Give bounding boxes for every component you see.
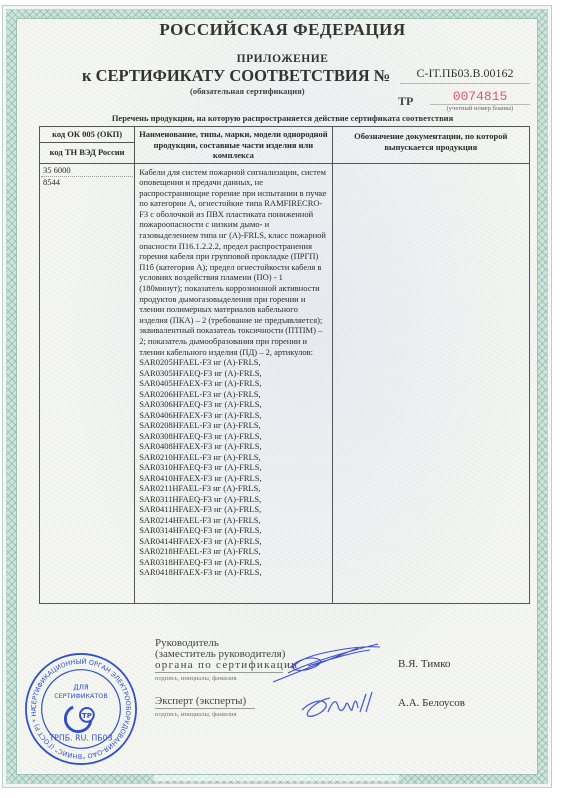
codes-cell: 35 6000 8544 bbox=[40, 163, 135, 603]
expert-signature bbox=[296, 688, 376, 726]
header-okp-code: код ОК 005 (ОКП) bbox=[40, 127, 135, 143]
certificate-heading: к СЕРТИФИКАТУ СООТВЕТСТВИЯ № bbox=[82, 66, 390, 86]
article-item: SAR0211HFAEL-F3 нг (А)-FRLS, bbox=[139, 483, 327, 494]
article-item: SAR0314HFAEQ-F3 нг (А)-FRLS, bbox=[139, 525, 327, 536]
product-table: код ОК 005 (ОКП) Наименование, типы, мар… bbox=[39, 126, 530, 604]
article-item: SAR0306HFAEQ-F3 нг (А)-FRLS, bbox=[139, 399, 327, 410]
certification-stamp: СЕРТИФИКАЦИОННЫЙ ОРГАН ЭЛЕКТРООБОРУДОВАН… bbox=[22, 650, 140, 768]
article-item: SAR0406HFAEX-F3 нг (А)-FRLS, bbox=[139, 410, 327, 421]
header-documentation: Обозначение документации, по которой вып… bbox=[332, 127, 529, 164]
article-item: SAR0210HFAEL-F3 нг (А)-FRLS, bbox=[139, 452, 327, 463]
table-row: 35 6000 8544 Кабели для систем пожарной … bbox=[40, 163, 530, 603]
article-list: SAR0205HFAEL-F3 нг (А)-FRLS,SAR0305HFAEQ… bbox=[139, 357, 327, 578]
article-item: SAR0305HFAEQ-F3 нг (А)-FRLS, bbox=[139, 368, 327, 379]
article-item: SAR0405HFAEX-F3 нг (А)-FRLS, bbox=[139, 378, 327, 389]
country-title: РОССИЙСКАЯ ФЕДЕРАЦИЯ bbox=[0, 20, 565, 40]
tnved-code-value: 8544 bbox=[41, 177, 133, 188]
header-tnved-code: код ТН ВЭД России bbox=[40, 143, 135, 163]
head-caption: подпись, инициалы, фамилия bbox=[155, 672, 283, 682]
head-name: В.Я. Тимко bbox=[398, 658, 451, 670]
article-item: SAR0218HFAEL-F3 нг (А)-FRLS, bbox=[139, 546, 327, 557]
expert-label: Эксперт (эксперты) bbox=[155, 696, 246, 707]
svg-text:СЕРТИФИКАТОВ: СЕРТИФИКАТОВ bbox=[54, 692, 107, 700]
microtext-strip bbox=[154, 775, 399, 781]
article-item: SAR0410HFAEX-F3 нг (А)-FRLS, bbox=[139, 473, 327, 484]
svg-text:ТРПБ. RU. ПБ03: ТРПБ. RU. ПБ03 bbox=[48, 733, 112, 742]
article-item: SAR0308HFAEQ-F3 нг (А)-FRLS, bbox=[139, 431, 327, 442]
blank-number: 0074815 bbox=[430, 89, 530, 105]
svg-text:ДЛЯ: ДЛЯ bbox=[73, 683, 89, 691]
expert-caption: подпись, инициалы, фамилия bbox=[155, 708, 255, 718]
article-item: SAR0411HFAEX-F3 нг (А)-FRLS, bbox=[139, 504, 327, 515]
article-item: SAR0418HFAEX-F3 нг (А)-FRLS, bbox=[139, 567, 327, 578]
expert-name: А.А. Белоусов bbox=[398, 697, 465, 709]
tp-label: ТР bbox=[398, 94, 413, 109]
product-list-caption: Перечень продукции, на которую распростр… bbox=[0, 113, 565, 123]
article-item: SAR0414HFAEX-F3 нг (А)-FRLS, bbox=[139, 536, 327, 547]
svg-text:ТР: ТР bbox=[82, 712, 92, 720]
article-item: SAR0206HFAEL-F3 нг (А)-FRLS, bbox=[139, 389, 327, 400]
article-item: SAR0311HFAEQ-F3 нг (А)-FRLS, bbox=[139, 494, 327, 505]
appendix-title: ПРИЛОЖЕНИЕ bbox=[0, 53, 565, 65]
head-signature bbox=[268, 638, 388, 688]
article-item: SAR0208HFAEL-F3 нг (А)-FRLS, bbox=[139, 420, 327, 431]
blank-number-caption: (учетный номер бланка) bbox=[430, 105, 530, 112]
product-description: Кабели для систем пожарной сигнализации,… bbox=[139, 167, 326, 357]
article-item: SAR0310HFAEQ-F3 нг (А)-FRLS, bbox=[139, 462, 327, 473]
mandatory-note: (обязательная сертификация) bbox=[190, 86, 305, 96]
article-item: SAR0408HFAEX-F3 нг (А)-FRLS, bbox=[139, 441, 327, 452]
description-cell: Кабели для систем пожарной сигнализации,… bbox=[135, 163, 332, 603]
article-item: SAR0318HFAEQ-F3 нг (А)-FRLS, bbox=[139, 557, 327, 568]
article-item: SAR0214HFAEL-F3 нг (А)-FRLS, bbox=[139, 515, 327, 526]
certificate-number: С-IT.ПБ03.В.00162 bbox=[400, 66, 530, 84]
documentation-cell bbox=[332, 163, 529, 603]
article-item: SAR0205HFAEL-F3 нг (А)-FRLS, bbox=[139, 357, 327, 368]
header-product-name: Наименование, типы, марки, модели одноро… bbox=[135, 127, 332, 164]
okp-code-value: 35 6000 bbox=[41, 165, 133, 177]
